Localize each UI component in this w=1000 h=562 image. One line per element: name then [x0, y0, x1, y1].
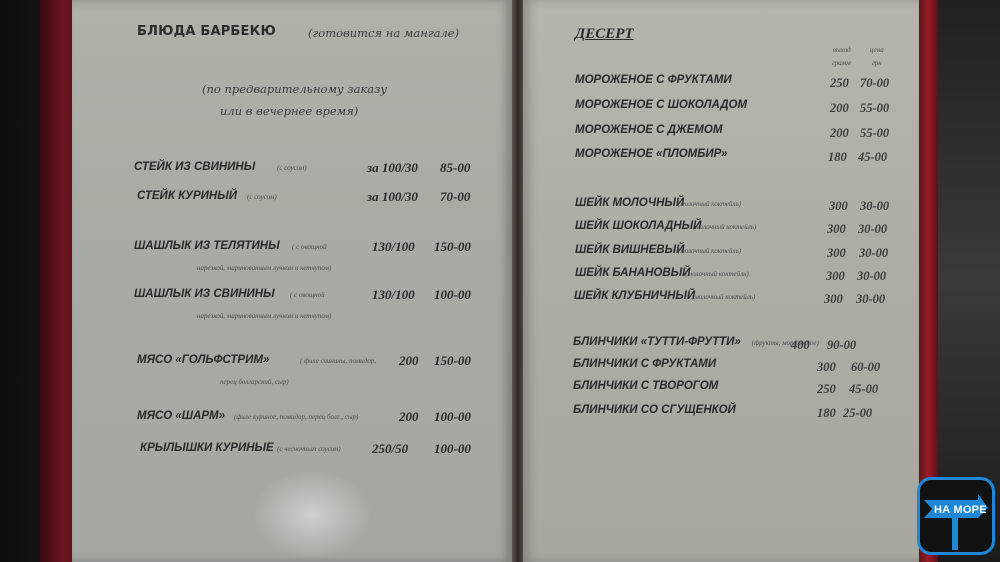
- item-portion: 200: [830, 101, 849, 116]
- item-name: БЛИНЧИКИ СО СГУЩЕНКОЙ: [573, 404, 736, 416]
- item-portion: за 100/30: [367, 189, 418, 205]
- item-name: МОРОЖЕНОЕ «ПЛОМБИР»: [575, 148, 727, 160]
- item-note: (филе куриное, помидор, перец болг., сыр…: [234, 413, 358, 421]
- item-portion: 130/100: [372, 239, 415, 255]
- item-price: 100-00: [434, 441, 471, 457]
- item-name: ШАШЛЫК ИЗ СВИНИНЫ: [134, 288, 275, 300]
- item-price: 55-00: [860, 101, 889, 116]
- item-name: ШАШЛЫК ИЗ ТЕЛЯТИНЫ: [134, 240, 280, 252]
- item-portion: 250: [830, 76, 849, 91]
- item-price: 25-00: [843, 406, 872, 421]
- section-title: БЛЮДА БАРБЕКЮ: [137, 24, 276, 39]
- item-note: (с соусом): [277, 164, 307, 172]
- item-note: (молочный коктейль): [678, 247, 741, 255]
- item-price: 30-00: [857, 269, 886, 284]
- item-portion: 200: [399, 353, 419, 369]
- watermark-label: НА МОРЕ: [934, 504, 987, 516]
- item-name: МОРОЖЕНОЕ С ФРУКТАМИ: [575, 74, 732, 86]
- item-price: 60-00: [851, 360, 880, 375]
- item-portion: 200: [830, 126, 849, 141]
- item-portion: 400: [791, 338, 810, 353]
- item-price: 30-00: [858, 222, 887, 237]
- item-portion: 300: [827, 222, 846, 237]
- item-name: ШЕЙК ШОКОЛАДНЫЙ: [575, 220, 701, 232]
- item-price: 100-00: [434, 409, 471, 425]
- item-name: СТЕЙК ИЗ СВИНИНЫ: [134, 161, 255, 173]
- menu-page-dessert: ДЕСЕРТ выход грамм цена грн МОРОЖЕНОЕ С …: [523, 0, 919, 562]
- item-name: МЯСО «ШАРМ»: [137, 410, 225, 422]
- item-note-cont: перец болгарский, сыр): [220, 378, 289, 386]
- item-price: 30-00: [856, 292, 885, 307]
- section-title: ДЕСЕРТ: [575, 26, 634, 43]
- item-portion: 130/100: [372, 287, 415, 303]
- item-price: 85-00: [440, 160, 470, 176]
- item-price: 90-00: [827, 338, 856, 353]
- item-note: (молочный коктейль): [678, 200, 741, 208]
- item-portion: 180: [828, 150, 847, 165]
- item-portion: за 100/30: [367, 160, 418, 176]
- item-name: ШЕЙК МОЛОЧНЫЙ: [575, 197, 684, 209]
- item-name: МЯСО «ГОЛЬФСТРИМ»: [137, 354, 269, 366]
- item-portion: 250/50: [372, 441, 408, 457]
- item-portion: 250: [817, 382, 836, 397]
- item-note: (молочный коктейль): [692, 293, 755, 301]
- item-note: ( с овощной: [292, 243, 327, 251]
- item-note: ( с овощной: [290, 291, 325, 299]
- item-name: ШЕЙК КЛУБНИЧНЫЙ: [574, 290, 695, 302]
- item-note-cont: нарезкой, маринованным лучком и кетчупом…: [197, 264, 331, 272]
- order-note-line2: или в вечернее время): [220, 104, 358, 118]
- order-note-line1: (по предварительному заказу: [202, 82, 387, 96]
- menu-page-barbecue: БЛЮДА БАРБЕКЮ (готовится на мангале) (по…: [72, 0, 512, 562]
- item-name: БЛИНЧИКИ С ТВОРОГОМ: [573, 380, 718, 392]
- item-portion: 300: [826, 269, 845, 284]
- col-header-price: цена: [870, 46, 884, 54]
- item-price: 150-00: [434, 239, 471, 255]
- col-header-portion: выход: [833, 46, 851, 54]
- item-name: МОРОЖЕНОЕ С ШОКОЛАДОМ: [575, 99, 747, 111]
- col-header-portion-unit: грамм: [832, 59, 851, 67]
- item-note: (молочный коктейль): [693, 223, 756, 231]
- section-note: (готовится на мангале): [308, 26, 459, 40]
- item-price: 70-00: [440, 189, 470, 205]
- light-glare: [252, 470, 372, 560]
- item-name: БЛИНЧИКИ С ФРУКТАМИ: [573, 358, 716, 370]
- item-portion: 200: [399, 409, 419, 425]
- item-note: (с чесночным соусом): [277, 445, 341, 453]
- item-note: (с соусом): [247, 193, 277, 201]
- item-price: 45-00: [849, 382, 878, 397]
- item-name: МОРОЖЕНОЕ С ДЖЕМОМ: [575, 124, 722, 136]
- item-name: БЛИНЧИКИ «ТУТТИ-ФРУТТИ»: [573, 336, 741, 348]
- item-note-cont: нарезкой, маринованным лучком и кетчупом…: [197, 312, 331, 320]
- item-portion: 300: [829, 199, 848, 214]
- item-price: 30-00: [859, 246, 888, 261]
- item-note: (молочный коктейль): [685, 270, 748, 278]
- item-name: ШЕЙК БАНАНОВЫЙ: [575, 267, 690, 279]
- item-price: 30-00: [860, 199, 889, 214]
- item-portion: 180: [817, 406, 836, 421]
- item-note: ( филе свинины, помидор,: [300, 357, 376, 365]
- item-name: ШЕЙК ВИШНЕВЫЙ: [575, 244, 684, 256]
- item-portion: 300: [824, 292, 843, 307]
- item-price: 45-00: [858, 150, 887, 165]
- watermark-logo: НА МОРЕ: [917, 477, 995, 555]
- item-price: 70-00: [860, 76, 889, 91]
- item-price: 55-00: [860, 126, 889, 141]
- item-name: КРЫЛЫШКИ КУРИНЫЕ: [140, 442, 274, 454]
- col-header-price-unit: грн: [872, 59, 882, 67]
- signpost-arrow-icon: [920, 480, 992, 552]
- item-name: СТЕЙК КУРИНЫЙ: [137, 190, 237, 202]
- item-portion: 300: [827, 246, 846, 261]
- item-portion: 300: [817, 360, 836, 375]
- item-price: 150-00: [434, 353, 471, 369]
- item-price: 100-00: [434, 287, 471, 303]
